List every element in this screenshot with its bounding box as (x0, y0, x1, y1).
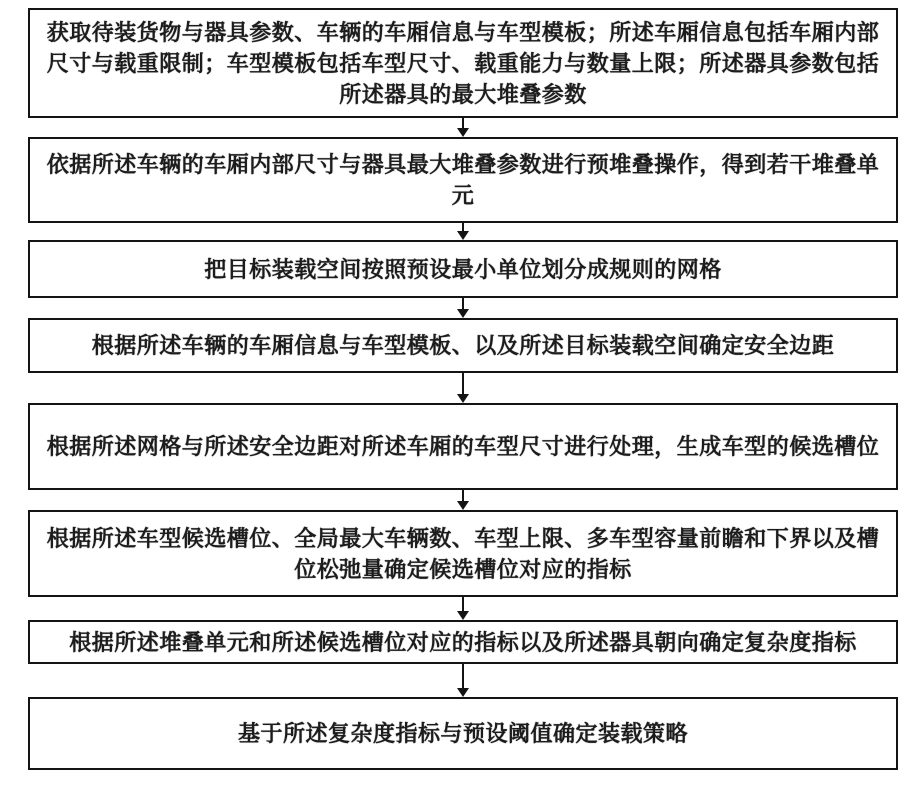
arrow-head (457, 611, 469, 620)
arrow-head (457, 394, 469, 403)
flow-step-3: 把目标装载空间按照预设最小单位划分成规则的网格 (28, 240, 898, 298)
arrow-stem (462, 597, 464, 611)
down-arrow-icon (28, 298, 898, 318)
arrow-stem (462, 223, 464, 231)
arrow-stem (462, 373, 464, 394)
arrow-head (457, 688, 469, 697)
arrow-stem (462, 490, 464, 501)
flow-step-4: 根据所述车辆的车厢信息与车型模板、以及所述目标装载空间确定安全边距 (28, 318, 898, 373)
down-arrow-icon (28, 373, 898, 403)
arrow-stem (462, 664, 464, 688)
flow-step-2: 依据所述车辆的车厢内部尺寸与器具最大堆叠参数进行预堆叠操作，得到若干堆叠单元 (28, 137, 898, 223)
flow-step-7: 根据所述堆叠单元和所述候选槽位对应的指标以及所述器具朝向确定复杂度指标 (28, 620, 898, 664)
down-arrow-icon (28, 490, 898, 510)
arrow-stem (462, 298, 464, 309)
down-arrow-icon (28, 223, 898, 240)
down-arrow-icon (28, 664, 898, 697)
flow-step-1: 获取待装货物与器具参数、车辆的车厢信息与车型模板；所述车厢信息包括车厢内部尺寸与… (28, 8, 898, 118)
down-arrow-icon (28, 118, 898, 137)
flow-step-5: 根据所述网格与所述安全边距对所述车厢的车型尺寸进行处理，生成车型的候选槽位 (28, 403, 898, 490)
flow-step-6: 根据所述车型候选槽位、全局最大车辆数、车型上限、多车型容量前瞻和下界以及槽位松弛… (28, 510, 898, 597)
arrow-head (457, 309, 469, 318)
down-arrow-icon (28, 597, 898, 620)
flowchart: 获取待装货物与器具参数、车辆的车厢信息与车型模板；所述车厢信息包括车厢内部尺寸与… (28, 8, 898, 770)
arrow-stem (462, 118, 464, 128)
arrow-head (457, 231, 469, 240)
arrow-head (457, 501, 469, 510)
arrow-head (457, 128, 469, 137)
flow-step-8: 基于所述复杂度指标与预设阈值确定装载策略 (28, 697, 898, 770)
